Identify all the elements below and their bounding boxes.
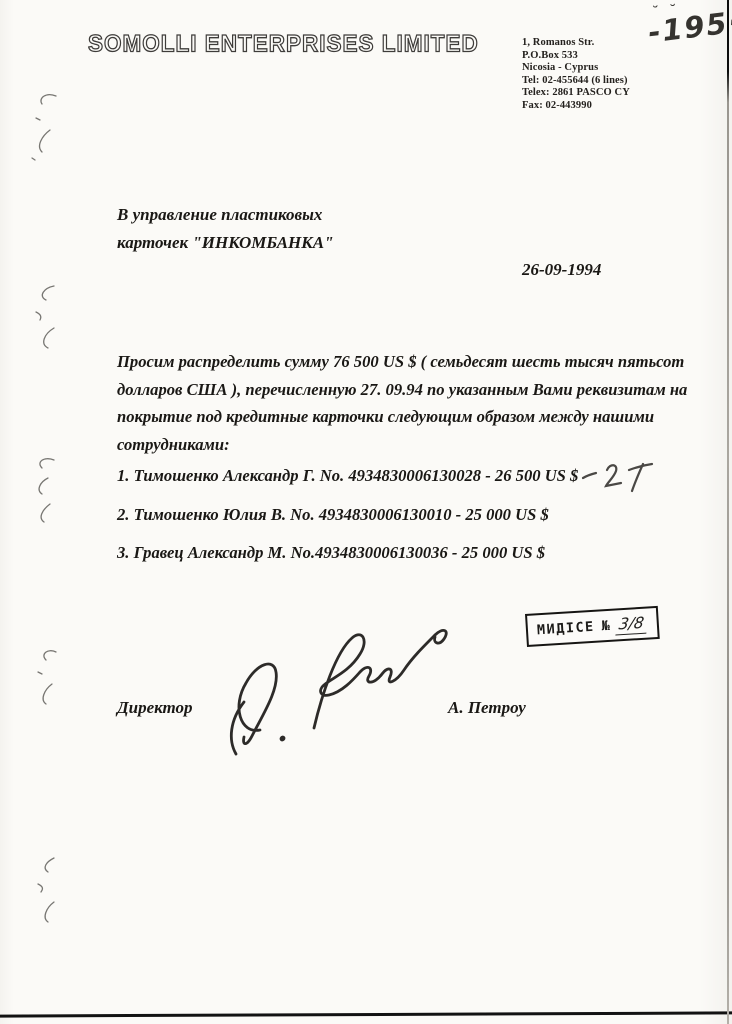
address-line: Fax: 02-443990 — [522, 100, 630, 113]
stamp-handwritten-number: 3/8 — [615, 613, 649, 635]
signature-handwriting — [202, 608, 467, 758]
address-line: Telex: 2861 PASCO CY — [522, 87, 630, 100]
stamp-label: МИДІСЕ — [537, 619, 596, 638]
recipient-line: карточек "ИНКОМБАНКА" — [117, 229, 334, 257]
signature-role: Директор — [117, 698, 193, 718]
company-name: SOMOLLI ENTERPRISES LIMITED — [88, 30, 479, 58]
list-item-2: 2. Тимошенко Юлия В. No. 493483000613001… — [117, 505, 549, 525]
address-line: P.O.Box 533 — [522, 50, 630, 63]
body-paragraph: Просим распределить сумму 76 500 US $ ( … — [117, 348, 687, 458]
scan-edge-bottom — [0, 1011, 732, 1017]
incoming-stamp: МИДІСЕ № 3/8 — [525, 606, 660, 647]
margin-scribble — [24, 646, 68, 712]
recipient-line: В управление пластиковых — [117, 201, 334, 229]
margin-scribble — [22, 452, 66, 528]
letterhead-address: 1, Romanos Str. P.O.Box 533 Nicosia - Cy… — [522, 37, 630, 113]
margin-scribble — [22, 90, 66, 162]
list-item-1: 1. Тимошенко Александр Г. No. 4934830006… — [117, 466, 578, 486]
recipient-address: В управление пластиковых карточек "ИНКОМ… — [117, 201, 334, 257]
letter-date: 26-09-1994 — [522, 260, 601, 280]
body-line: долларов США ), перечисленную 27. 09.94 … — [117, 376, 687, 404]
body-line: Просим распределить сумму 76 500 US $ ( … — [117, 348, 687, 376]
scanned-letter-page: SOMOLLI ENTERPRISES LIMITED 1, Romanos S… — [0, 0, 732, 1024]
stamp-number-sign: № — [601, 618, 610, 634]
body-line: сотрудниками: — [117, 431, 687, 459]
margin-scribble — [24, 282, 68, 354]
pencil-note-27 — [580, 458, 658, 498]
address-line: 1, Romanos Str. — [522, 37, 630, 50]
margin-scribble — [24, 852, 68, 928]
signature-name: А. Петроу — [448, 698, 526, 718]
address-line: Tel: 02-455644 (6 lines) — [522, 75, 630, 88]
body-line: покрытие под кредитные карточки следующи… — [117, 403, 687, 431]
scan-edge-right — [727, 0, 729, 1024]
list-item-3: 3. Гравец Александр М. No.49348300061300… — [117, 543, 545, 563]
address-line: Nicosia - Cyprus — [522, 62, 630, 75]
